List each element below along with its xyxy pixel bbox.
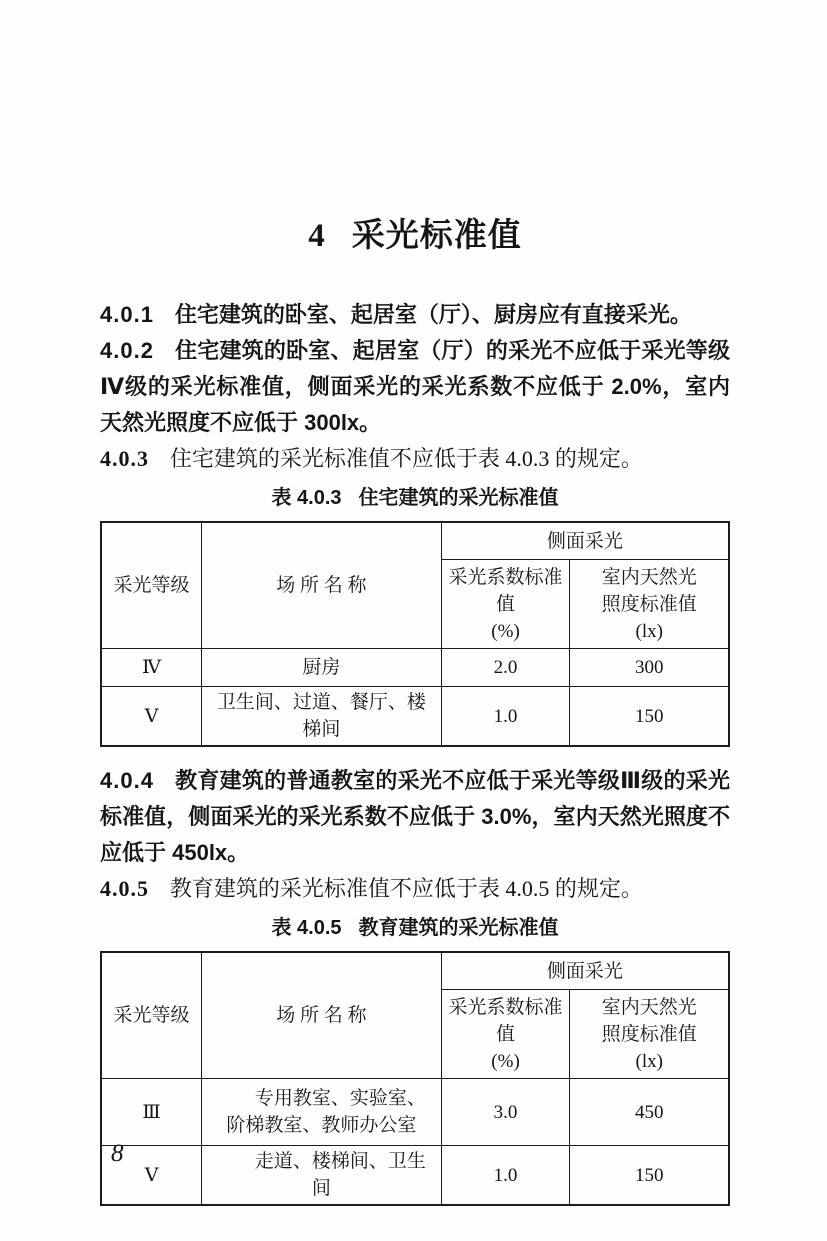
clause-number: 4.0.1 <box>100 302 154 327</box>
header-daylight-factor-line1: 采光系数标准值 <box>448 994 564 1048</box>
clause-4-0-4: 4.0.4教育建筑的普通教室的采光不应低于采光等级Ⅲ级的采光标准值，侧面采光的采… <box>100 763 730 871</box>
header-indoor-illuminance-line1: 室内天然光 <box>576 564 722 591</box>
clause-number: 4.0.4 <box>100 768 154 793</box>
table-4-0-3: 采光等级 场 所 名 称 侧面采光 采光系数标准值 (%) 室内天然光 照度标准… <box>100 521 730 747</box>
table-caption-label: 表 4.0.5 <box>271 917 341 939</box>
cell-illuminance: 150 <box>570 687 729 747</box>
table-caption-text: 住宅建筑的采光标准值 <box>359 487 559 509</box>
header-daylight-factor-line2: (%) <box>448 618 564 645</box>
clause-text: 教育建筑的采光标准值不应低于表 4.0.5 的规定。 <box>170 876 643 901</box>
header-side-daylighting: 侧面采光 <box>441 952 729 990</box>
table-row: Ⅳ 厨房 2.0 300 <box>101 649 729 687</box>
cell-place: 厨房 <box>202 649 442 687</box>
header-daylight-factor-line2: (%) <box>448 1048 564 1075</box>
table-header-row-1: 采光等级 场 所 名 称 侧面采光 <box>101 952 729 990</box>
cell-grade: Ⅴ <box>101 687 202 747</box>
table-header-row-1: 采光等级 场 所 名 称 侧面采光 <box>101 522 729 560</box>
header-place-name: 场 所 名 称 <box>202 952 442 1079</box>
document-page: 4采光标准值 4.0.1住宅建筑的卧室、起居室（厅）、厨房应有直接采光。 4.0… <box>0 0 827 1241</box>
content-column: 4采光标准值 4.0.1住宅建筑的卧室、起居室（厅）、厨房应有直接采光。 4.0… <box>100 0 730 1206</box>
chapter-name: 采光标准值 <box>352 218 522 254</box>
header-indoor-illuminance-line1: 室内天然光 <box>576 994 722 1021</box>
header-side-daylighting: 侧面采光 <box>441 522 729 560</box>
table-row: Ⅴ 走道、楼梯间、卫生间 1.0 150 <box>101 1146 729 1206</box>
clause-text: 教育建筑的普通教室的采光不应低于采光等级Ⅲ级的采光标准值，侧面采光的采光系数不应… <box>100 768 730 865</box>
cell-daylight-factor: 2.0 <box>441 649 570 687</box>
header-daylight-factor: 采光系数标准值 (%) <box>441 560 570 649</box>
header-indoor-illuminance: 室内天然光 照度标准值 (lx) <box>570 990 729 1079</box>
header-daylighting-grade: 采光等级 <box>101 952 202 1079</box>
table-row: Ⅴ 卫生间、过道、餐厅、楼梯间 1.0 150 <box>101 687 729 747</box>
header-daylighting-grade: 采光等级 <box>101 522 202 649</box>
cell-illuminance: 450 <box>570 1079 729 1146</box>
cell-place: 卫生间、过道、餐厅、楼梯间 <box>202 687 442 747</box>
cell-illuminance: 300 <box>570 649 729 687</box>
header-indoor-illuminance-line3: (lx) <box>576 618 722 645</box>
header-indoor-illuminance: 室内天然光 照度标准值 (lx) <box>570 560 729 649</box>
table-row: Ⅲ 专用教室、实验室、阶梯教室、教师办公室 3.0 450 <box>101 1079 729 1146</box>
cell-illuminance: 150 <box>570 1146 729 1206</box>
clause-4-0-3: 4.0.3住宅建筑的采光标准值不应低于表 4.0.3 的规定。 <box>100 441 730 477</box>
header-indoor-illuminance-line3: (lx) <box>576 1048 722 1075</box>
clause-4-0-5: 4.0.5教育建筑的采光标准值不应低于表 4.0.5 的规定。 <box>100 871 730 907</box>
header-place-name: 场 所 名 称 <box>202 522 442 649</box>
page-number: 8 <box>111 1140 124 1168</box>
table-caption-4-0-3: 表 4.0.3住宅建筑的采光标准值 <box>100 485 730 511</box>
clause-text: 住宅建筑的卧室、起居室（厅）、厨房应有直接采光。 <box>175 302 692 327</box>
cell-place: 走道、楼梯间、卫生间 <box>202 1146 442 1206</box>
table-caption-label: 表 4.0.3 <box>271 487 341 509</box>
table-caption-text: 教育建筑的采光标准值 <box>359 917 559 939</box>
cell-place: 专用教室、实验室、阶梯教室、教师办公室 <box>202 1079 442 1146</box>
cell-daylight-factor: 1.0 <box>441 1146 570 1206</box>
cell-grade: Ⅳ <box>101 649 202 687</box>
header-indoor-illuminance-line2: 照度标准值 <box>576 591 722 618</box>
cell-grade: Ⅲ <box>101 1079 202 1146</box>
table-caption-4-0-5: 表 4.0.5教育建筑的采光标准值 <box>100 915 730 941</box>
table-4-0-5: 采光等级 场 所 名 称 侧面采光 采光系数标准值 (%) 室内天然光 照度标准… <box>100 951 730 1206</box>
chapter-title: 4采光标准值 <box>100 215 730 257</box>
header-indoor-illuminance-line2: 照度标准值 <box>576 1021 722 1048</box>
clause-number: 4.0.5 <box>100 876 149 901</box>
cell-daylight-factor: 3.0 <box>441 1079 570 1146</box>
cell-daylight-factor: 1.0 <box>441 687 570 747</box>
clause-4-0-1: 4.0.1住宅建筑的卧室、起居室（厅）、厨房应有直接采光。 <box>100 297 730 333</box>
clause-number: 4.0.2 <box>100 338 154 363</box>
chapter-number: 4 <box>308 218 326 254</box>
header-daylight-factor: 采光系数标准值 (%) <box>441 990 570 1079</box>
clause-text: 住宅建筑的卧室、起居室（厅）的采光不应低于采光等级Ⅳ级的采光标准值，侧面采光的采… <box>100 338 730 435</box>
clause-4-0-2: 4.0.2住宅建筑的卧室、起居室（厅）的采光不应低于采光等级Ⅳ级的采光标准值，侧… <box>100 333 730 441</box>
clause-text: 住宅建筑的采光标准值不应低于表 4.0.3 的规定。 <box>170 446 643 471</box>
header-daylight-factor-line1: 采光系数标准值 <box>448 564 564 618</box>
clause-number: 4.0.3 <box>100 446 149 471</box>
